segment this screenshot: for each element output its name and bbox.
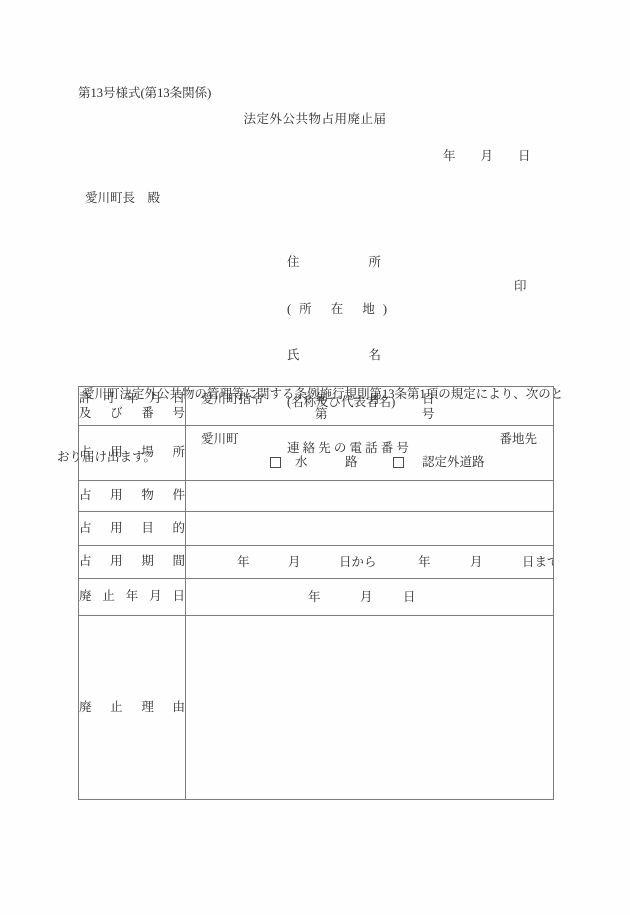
- period-label: 占 用 期 間: [79, 554, 185, 570]
- permit-number-suffix: 号: [422, 407, 435, 421]
- location-lot-suffix: 番地先: [499, 432, 537, 446]
- location-town-text: 愛川町: [201, 432, 239, 446]
- permit-value-cell: 愛川町指令 年 月 日 第 号: [186, 387, 554, 426]
- location-label: 占 用 場 所: [79, 445, 185, 461]
- table-row-purpose: 占 用 目 的: [79, 512, 554, 546]
- period-header-cell: 占 用 期 間: [79, 546, 186, 579]
- directive-prefix-text: 愛川町指令: [201, 392, 264, 406]
- period-to-day-label: 日まで: [522, 555, 554, 569]
- permit-header-cell: 許 可 年 月 日 及 び 番 号: [79, 387, 186, 426]
- application-table: 許 可 年 月 日 及 び 番 号 愛川町指令 年 月 日 第 号 占 用 場 …: [78, 386, 554, 800]
- permit-label-line2: 及 び 番 号: [79, 406, 185, 422]
- abolition-day-label: 日: [403, 590, 416, 604]
- abolition-date-value-cell: 年 月 日: [186, 579, 554, 616]
- table-row-permit: 許 可 年 月 日 及 び 番 号 愛川町指令 年 月 日 第 号: [79, 387, 554, 426]
- period-from-month-label: 月: [288, 555, 301, 569]
- reason-value-cell: [186, 616, 554, 800]
- page-title: 法定外公共物占用廃止届: [0, 109, 630, 127]
- table-row-abolition-date: 廃 止 年 月 日 年 月 日: [79, 579, 554, 616]
- purpose-header-cell: 占 用 目 的: [79, 512, 186, 546]
- location-header-cell: 占 用 場 所: [79, 426, 186, 481]
- permit-year-label: 年: [315, 392, 328, 406]
- abolition-date-header-cell: 廃 止 年 月 日: [79, 579, 186, 616]
- document-page: 第13号様式(第13条関係) 法定外公共物占用廃止届 年 月 日 愛川町長 殿 …: [0, 0, 630, 915]
- permit-label-line1: 許 可 年 月 日: [79, 391, 185, 407]
- applicant-address-sublabel: (所 在 地): [287, 301, 387, 318]
- table-row-object: 占 用 物 件: [79, 481, 554, 512]
- seal-mark: 印: [514, 276, 527, 294]
- reason-header-cell: 廃 止 理 由: [79, 616, 186, 800]
- period-to-year-label: 年: [418, 555, 431, 569]
- abolition-year-label: 年: [308, 590, 321, 604]
- period-to-month-label: 月: [470, 555, 483, 569]
- road-checkbox[interactable]: [393, 457, 404, 468]
- addressee-line: 愛川町長 殿: [85, 188, 160, 206]
- reason-label: 廃 止 理 由: [79, 700, 185, 716]
- date-placeholder-line: 年 月 日: [443, 146, 531, 164]
- table-row-period: 占 用 期 間 年 月 日から 年 月 日まで: [79, 546, 554, 579]
- permit-number-prefix: 第: [315, 407, 328, 421]
- object-header-cell: 占 用 物 件: [79, 481, 186, 512]
- abolition-month-label: 月: [360, 590, 373, 604]
- purpose-label: 占 用 目 的: [79, 521, 185, 537]
- object-value-cell: [186, 481, 554, 512]
- period-from-day-label: 日から: [339, 555, 377, 569]
- table-row-location: 占 用 場 所 愛川町 番地先 水 路 認定外道路: [79, 426, 554, 481]
- abolition-date-label: 廃 止 年 月 日: [79, 589, 185, 605]
- form-number: 第13号様式(第13条関係): [78, 83, 211, 101]
- period-value-cell: 年 月 日から 年 月 日まで: [186, 546, 554, 579]
- period-from-year-label: 年: [237, 555, 250, 569]
- object-label: 占 用 物 件: [79, 488, 185, 504]
- purpose-value-cell: [186, 512, 554, 546]
- waterway-option-label: 水 路: [295, 455, 358, 469]
- location-value-cell: 愛川町 番地先 水 路 認定外道路: [186, 426, 554, 481]
- waterway-checkbox[interactable]: [270, 457, 281, 468]
- applicant-address-label: 住 所: [287, 254, 381, 271]
- permit-month-label: 月: [368, 392, 381, 406]
- permit-day-label: 日: [422, 392, 435, 406]
- road-option-label: 認定外道路: [422, 455, 485, 469]
- table-row-reason: 廃 止 理 由: [79, 616, 554, 800]
